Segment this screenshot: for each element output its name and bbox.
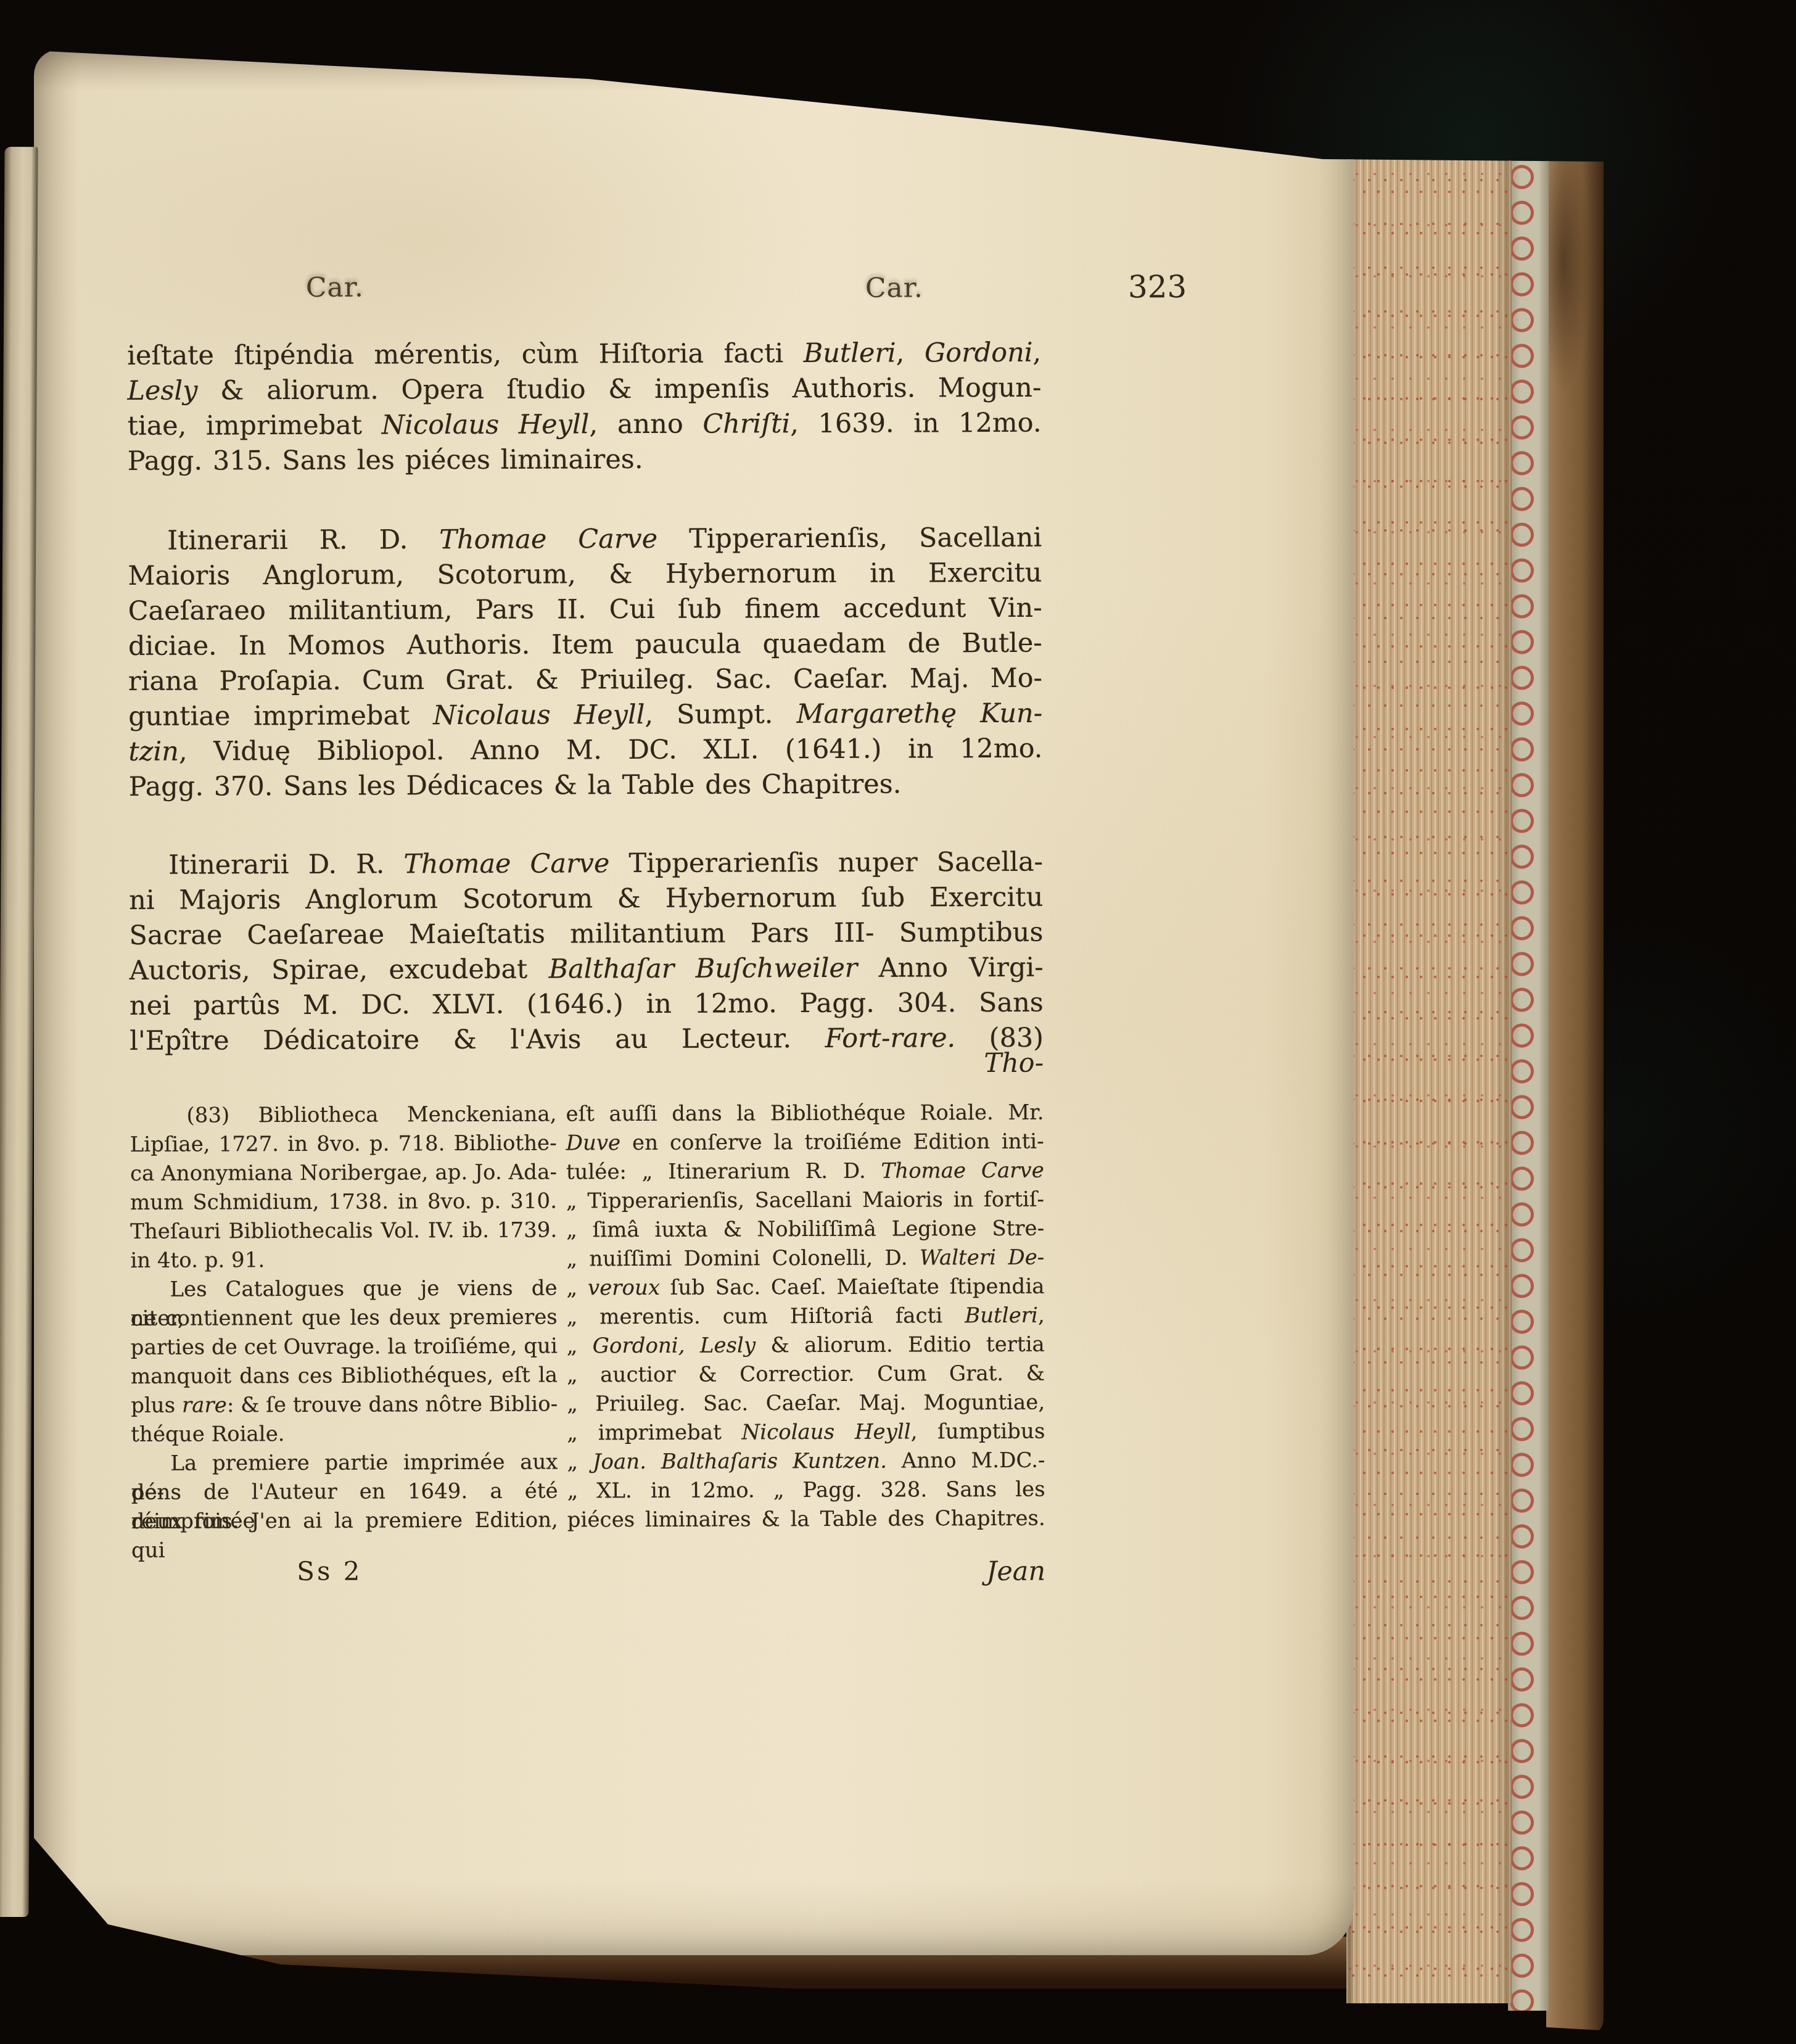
italic-text-segment: Gordoni	[925, 337, 1033, 369]
text-segment: , Sumpt.	[645, 699, 796, 730]
text-segment: „ imprimebat	[567, 1420, 741, 1445]
text-segment: Itinerarii R. D.	[167, 524, 439, 556]
text-segment: ,	[1032, 337, 1041, 368]
text-line: Caeſaraeo militantium, Pars II. Cui ſub …	[128, 591, 1042, 629]
italic-text-segment: tzin	[128, 736, 179, 767]
italic-text-segment: veroux	[588, 1275, 660, 1300]
text-segment: in 4to. p. 91.	[130, 1248, 265, 1273]
text-segment: nei partûs M. DC. XLVI. (1646.) in 12mo.…	[130, 987, 1044, 1021]
text-segment: Caeſaraeo militantium, Pars II. Cui ſub …	[128, 593, 1042, 627]
text-segment: ca Anonymiana Noribergae, ap. Jo. Ada-	[130, 1160, 557, 1185]
italic-text-segment: Thomae Carve	[439, 524, 657, 555]
text-line: ieſtate ſtipéndia mérentis, cùm Hiſtoria…	[127, 336, 1041, 374]
italic-text-segment: Butleri	[965, 1303, 1038, 1328]
italic-text-segment: rare	[182, 1393, 227, 1417]
italic-text-segment: Margarethę Kun-	[796, 698, 1042, 730]
text-segment: , ſumptibus	[911, 1419, 1045, 1444]
paragraph-3: Itinerarii D. R. Thomae Carve Tipperarie…	[129, 845, 1044, 1059]
text-segment: Itinerarii D. R.	[168, 849, 403, 880]
text-segment: riana Proſapia. Cum Grat. & Priuileg. Sa…	[128, 663, 1042, 697]
text-line: ni Majoris Anglorum Scotorum & Hybernoru…	[129, 880, 1043, 918]
text-segment: „	[567, 1333, 593, 1358]
italic-text-segment: Butleri	[804, 338, 896, 369]
text-line: La premiere partie imprimée aux dé-	[131, 1448, 558, 1478]
text-line: „ Gordoni, Lesly & aliorum. Editio terti…	[567, 1330, 1045, 1361]
text-line: plus rare: & ſe trouve dans nôtre Biblio…	[131, 1390, 558, 1420]
italic-text-segment: Thomae Carve	[881, 1158, 1044, 1184]
text-segment: Anno Virgi-	[857, 952, 1044, 984]
text-line: tzin, Viduę Bibliopol. Anno M. DC. XLI. …	[128, 731, 1042, 770]
text-segment: Tipperarienſis nuper Sacella-	[609, 847, 1043, 879]
text-segment: eſt auſſi dans la Bibliothéque Roiale. M…	[566, 1100, 1044, 1127]
paragraph-2: Itinerarii R. D. Thomae Carve Tipperarie…	[128, 521, 1043, 805]
book: Car. Car. 323 ieſtate ſtipéndia mérentis…	[34, 0, 1604, 2044]
text-line: „ Tipperarienſis, Sacellani Maioris in f…	[566, 1185, 1044, 1216]
text-segment: „ nuiſſimi Domini Colonelli, D.	[566, 1245, 920, 1271]
text-segment: „ Tipperarienſis, Sacellani Maioris in f…	[566, 1187, 1044, 1214]
text-segment: deux fois. J'en ai la premiere Edition, …	[131, 1507, 558, 1562]
text-line: Itinerarii D. R. Thomae Carve Tipperarie…	[129, 845, 1043, 883]
text-line: diciae. In Momos Authoris. Item paucula …	[128, 626, 1042, 664]
text-line: „ ſimâ iuxta & Nobiliſſimâ Legione Stre-	[566, 1214, 1044, 1245]
running-head-center: Car.	[865, 272, 923, 303]
text-segment: & aliorum. Opera ſtudio & impenſis Autho…	[197, 373, 1041, 406]
text-line: piéces liminaires & la Table des Chapitr…	[567, 1504, 1045, 1535]
text-segment: parties de cet Ouvrage. la troiſiéme, qu…	[131, 1333, 558, 1359]
text-line: Lipſiae, 1727. in 8vo. p. 718. Bibliothe…	[130, 1129, 557, 1159]
text-segment: ,	[1038, 1303, 1045, 1328]
page-text-layer: Car. Car. 323 ieſtate ſtipéndia mérentis…	[30, 0, 1607, 2044]
text-line: tulée: „ Itinerarium R. D. Thomae Carve	[566, 1156, 1044, 1187]
text-line: Les Catalogues que je viens de citer,	[130, 1274, 557, 1304]
text-segment: guntiae imprimebat	[128, 700, 433, 732]
text-segment: Pagg. 315. Sans les piéces liminaires.	[128, 444, 643, 477]
text-segment: „ ſimâ iuxta & Nobiliſſimâ Legione Stre-	[566, 1216, 1044, 1243]
text-segment: ne contiennent que les deux premieres	[131, 1304, 558, 1330]
text-line: tiae, imprimebat Nicolaus Heyll, anno Ch…	[128, 406, 1042, 444]
text-segment: en conſerve la troiſiéme Edition inti-	[620, 1129, 1044, 1155]
signature-mark: Ss 2	[297, 1556, 363, 1586]
text-line: Theſauri Bibliothecalis Vol. IV. ib. 173…	[130, 1216, 557, 1246]
italic-text-segment: Joan. Balthaſaris Kuntzen.	[593, 1449, 887, 1475]
text-line: Maioris Anglorum, Scotorum, & Hybernorum…	[128, 556, 1042, 594]
italic-text-segment: Chriſti	[702, 408, 790, 439]
text-line: „ Joan. Balthaſaris Kuntzen. Anno M.DC.-	[567, 1446, 1045, 1477]
text-line: „ imprimebat Nicolaus Heyll, ſumptibus	[567, 1417, 1045, 1448]
text-segment: , anno	[589, 409, 702, 440]
text-segment: „ Priuileg. Sac. Caeſar. Maj. Moguntiae,	[567, 1390, 1045, 1417]
italic-text-segment: Walteri De-	[920, 1245, 1045, 1271]
text-line: deux fois. J'en ai la premiere Edition, …	[131, 1506, 558, 1536]
text-line: ne contiennent que les deux premieres	[131, 1303, 558, 1333]
italic-text-segment: Nicolaus Heyll	[741, 1419, 910, 1444]
text-segment: plus	[131, 1393, 182, 1418]
text-line: nei partûs M. DC. XLVI. (1646.) in 12mo.…	[130, 986, 1044, 1024]
text-line: Duve en conſerve la troiſiéme Edition in…	[566, 1127, 1044, 1158]
catchword-mid: Tho-	[934, 1048, 1044, 1079]
footnote-left-column: (83) Bibliotheca Menckeniana,Lipſiae, 17…	[130, 1100, 558, 1536]
catchword-bottom: Jean	[912, 1556, 1045, 1588]
text-segment: , 1639. in 12mo.	[790, 408, 1042, 439]
text-segment: : & ſe trouve dans nôtre Biblio-	[227, 1391, 558, 1417]
footnote-right-column: eſt auſſi dans la Bibliothéque Roiale. M…	[566, 1098, 1045, 1535]
text-line: (83) Bibliotheca Menckeniana,	[130, 1100, 556, 1130]
page-number: 323	[1128, 269, 1187, 305]
text-line: parties de cet Ouvrage. la troiſiéme, qu…	[131, 1332, 558, 1362]
text-segment: diciae. In Momos Authoris. Item paucula …	[128, 628, 1042, 662]
text-segment: ſub Sac. Caeſ. Maieſtate ſtipendia	[660, 1274, 1045, 1300]
text-segment: ,	[896, 337, 925, 368]
italic-text-segment: Lesly	[127, 376, 197, 406]
italic-text-segment: Nicolaus Heyll	[433, 699, 645, 731]
text-line: pens de l'Auteur en 1649. a été réimprim…	[131, 1477, 558, 1507]
text-segment: „ XL. in 12mo. „ Pagg. 328. Sans les	[567, 1477, 1045, 1504]
text-line: „ nuiſſimi Domini Colonelli, D. Walteri …	[566, 1243, 1044, 1274]
text-line: „ XL. in 12mo. „ Pagg. 328. Sans les	[567, 1475, 1045, 1506]
text-line: „ merentis. cum Hiſtoriâ facti Butleri,	[567, 1301, 1045, 1332]
text-segment: Lipſiae, 1727. in 8vo. p. 718. Bibliothe…	[130, 1131, 557, 1156]
text-segment: mum Schmidium, 1738. in 8vo. p. 310.	[130, 1189, 557, 1214]
italic-text-segment: Nicolaus Heyll	[382, 409, 590, 440]
italic-text-segment: Thomae Carve	[403, 848, 609, 880]
text-segment: (83) Bibliotheca Menckeniana,	[186, 1102, 556, 1127]
text-line: guntiae imprimebat Nicolaus Heyll, Sumpt…	[128, 696, 1042, 735]
text-line: l'Epître Dédicatoire & l'Avis au Lecteur…	[130, 1021, 1044, 1059]
text-line: „ Priuileg. Sac. Caeſar. Maj. Moguntiae,	[567, 1388, 1045, 1419]
text-segment: tulée: „ Itinerarium R. D.	[566, 1159, 881, 1185]
text-line: Auctoris, Spirae, excudebat Balthaſar Bu…	[130, 950, 1044, 989]
text-line: riana Proſapia. Cum Grat. & Priuileg. Sa…	[128, 661, 1042, 699]
text-segment: „ auctior & Correctior. Cum Grat. &	[567, 1361, 1045, 1388]
text-line: Itinerarii R. D. Thomae Carve Tipperarie…	[128, 521, 1042, 559]
italic-text-segment: Balthaſar Buſchweiler	[549, 953, 858, 985]
text-segment: manquoit dans ces Bibliothéques, eſt la	[131, 1362, 558, 1388]
text-segment: piéces liminaires & la Table des Chapitr…	[567, 1506, 1045, 1533]
text-line: Pagg. 315. Sans les piéces liminaires.	[128, 441, 1042, 479]
text-line: ca Anonymiana Noribergae, ap. Jo. Ada-	[130, 1158, 557, 1188]
text-line: Lesly & aliorum. Opera ſtudio & impenſis…	[127, 371, 1041, 409]
text-segment: théque Roiale.	[131, 1422, 284, 1447]
text-segment: ni Majoris Anglorum Scotorum & Hybernoru…	[129, 882, 1043, 916]
paragraph-1: ieſtate ſtipéndia mérentis, cùm Hiſtoria…	[127, 336, 1042, 479]
text-segment: Sacrae Caeſareae Maieſtatis militantium …	[129, 917, 1043, 951]
text-line: „ veroux ſub Sac. Caeſ. Maieſtate ſtipen…	[566, 1272, 1044, 1303]
text-line: Sacrae Caeſareae Maieſtatis militantium …	[129, 915, 1043, 954]
text-segment: & aliorum. Editio tertia	[756, 1332, 1045, 1358]
text-segment: „	[566, 1275, 588, 1300]
italic-text-segment: Gordoni, Lesly	[593, 1333, 756, 1358]
text-line: théque Roiale.	[131, 1419, 558, 1449]
italic-text-segment: Duve	[566, 1131, 621, 1155]
text-segment: Maioris Anglorum, Scotorum, & Hybernorum…	[128, 558, 1042, 591]
text-line: manquoit dans ces Bibliothéques, eſt la	[131, 1361, 558, 1391]
text-segment: Auctoris, Spirae, excudebat	[130, 954, 549, 986]
text-segment: Anno M.DC.-	[887, 1448, 1045, 1473]
text-segment: „ merentis. cum Hiſtoriâ facti	[567, 1303, 965, 1329]
text-segment: ieſtate ſtipéndia mérentis, cùm Hiſtoria…	[127, 338, 804, 371]
text-segment: Pagg. 370. Sans les Dédicaces & la Table…	[129, 769, 902, 802]
text-segment: „	[567, 1449, 593, 1474]
text-segment: l'Epître Dédicatoire & l'Avis au Lecteur…	[130, 1023, 825, 1057]
text-line: „ auctior & Correctior. Cum Grat. &	[567, 1359, 1045, 1390]
text-segment: Theſauri Bibliothecalis Vol. IV. ib. 173…	[130, 1218, 557, 1243]
text-line: in 4to. p. 91.	[130, 1245, 557, 1275]
text-segment: , Viduę Bibliopol. Anno M. DC. XLI. (164…	[179, 733, 1043, 767]
text-line: mum Schmidium, 1738. in 8vo. p. 310.	[130, 1187, 557, 1217]
text-segment: tiae, imprimebat	[128, 410, 382, 441]
text-segment: Tipperarienſis, Sacellani	[657, 522, 1042, 554]
text-line: eſt auſſi dans la Bibliothéque Roiale. M…	[566, 1098, 1044, 1129]
running-head-left: Car.	[306, 272, 364, 303]
text-line: Pagg. 370. Sans les Dédicaces & la Table…	[129, 767, 1043, 805]
